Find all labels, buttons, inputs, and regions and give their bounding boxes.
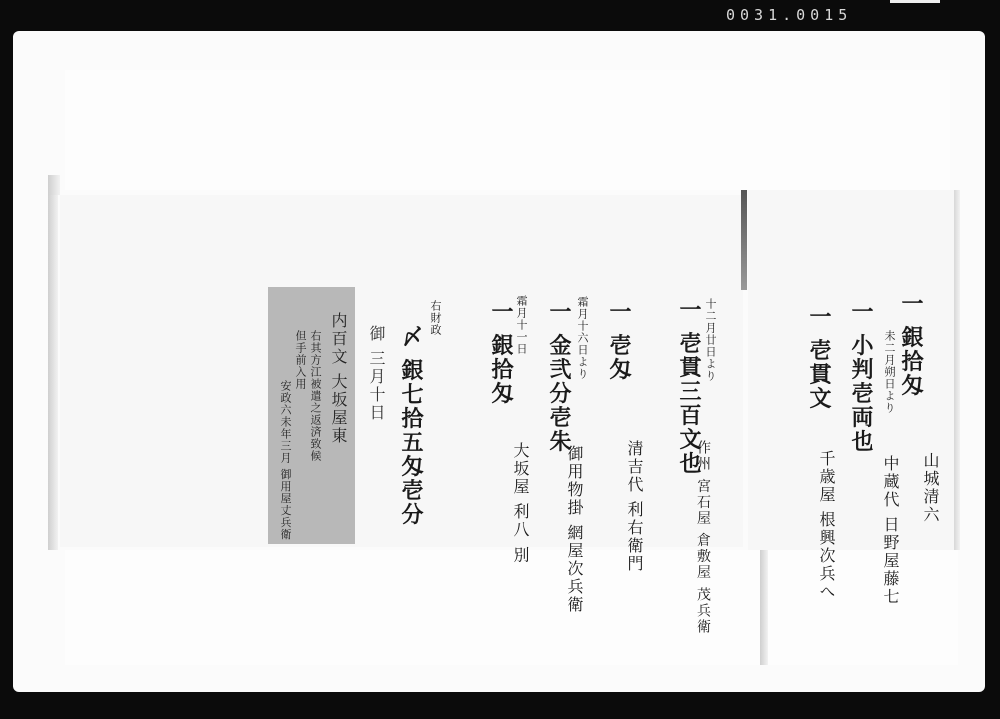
entry-signature: 中蔵代 日野屋藤七 xyxy=(858,455,898,606)
page-edge-shadow xyxy=(48,195,58,550)
slip-line: 内百文 大坂屋東 xyxy=(330,312,346,445)
film-edge-marker xyxy=(890,0,940,3)
entry-note: 未二月朔日より xyxy=(884,330,895,414)
page-fold xyxy=(741,190,747,290)
entry-head: 一 壱匁 xyxy=(608,300,630,382)
entry-note: 霜月十一日 xyxy=(516,295,527,355)
total-amount: 〆 銀七拾五匁壱分 xyxy=(400,325,422,527)
page-edge-shadow xyxy=(760,550,768,665)
entry-signature: 山城清六 xyxy=(922,452,938,524)
underlying-sheet-top-right xyxy=(745,70,950,190)
slip-line: 右其方江被遣之返済致候 xyxy=(310,330,321,462)
total-note: 右財政 xyxy=(430,300,441,336)
entry-head: 一 銀拾匁 xyxy=(900,292,922,398)
entry-note: 十二月廿日より xyxy=(705,298,716,382)
page-edge-shadow xyxy=(48,175,60,195)
total-tail: 御 三月十日 xyxy=(368,325,384,422)
slip-line: 安政六未年三月 御用屋丈兵衛 xyxy=(280,380,291,541)
entry-head: 一 金弐分壱朱 xyxy=(548,300,570,454)
slip-line: 但手前入用 xyxy=(295,330,306,390)
entry-signature: 作州 宮石屋 倉敷屋 茂兵衛 xyxy=(650,440,710,635)
entry-head: 一 銀拾匁 xyxy=(490,300,512,406)
entry-note: 霜月十六日より xyxy=(577,296,588,380)
entry-head: 一 小判壱両也 xyxy=(850,300,872,454)
entry-signature: 千歳屋 根興次兵へ xyxy=(792,450,834,601)
entry-signature: 大坂屋 利八 別 xyxy=(478,442,528,564)
entry-signature: 清吉代 利右衛門 xyxy=(602,440,642,573)
underlying-sheet-top xyxy=(65,70,745,190)
entry-signature: 御用物掛 網屋次兵衛 xyxy=(540,445,582,614)
microfilm-frame-number: 0031.0015 xyxy=(726,6,852,24)
entry-head: 一 壱貫文 xyxy=(808,305,830,411)
